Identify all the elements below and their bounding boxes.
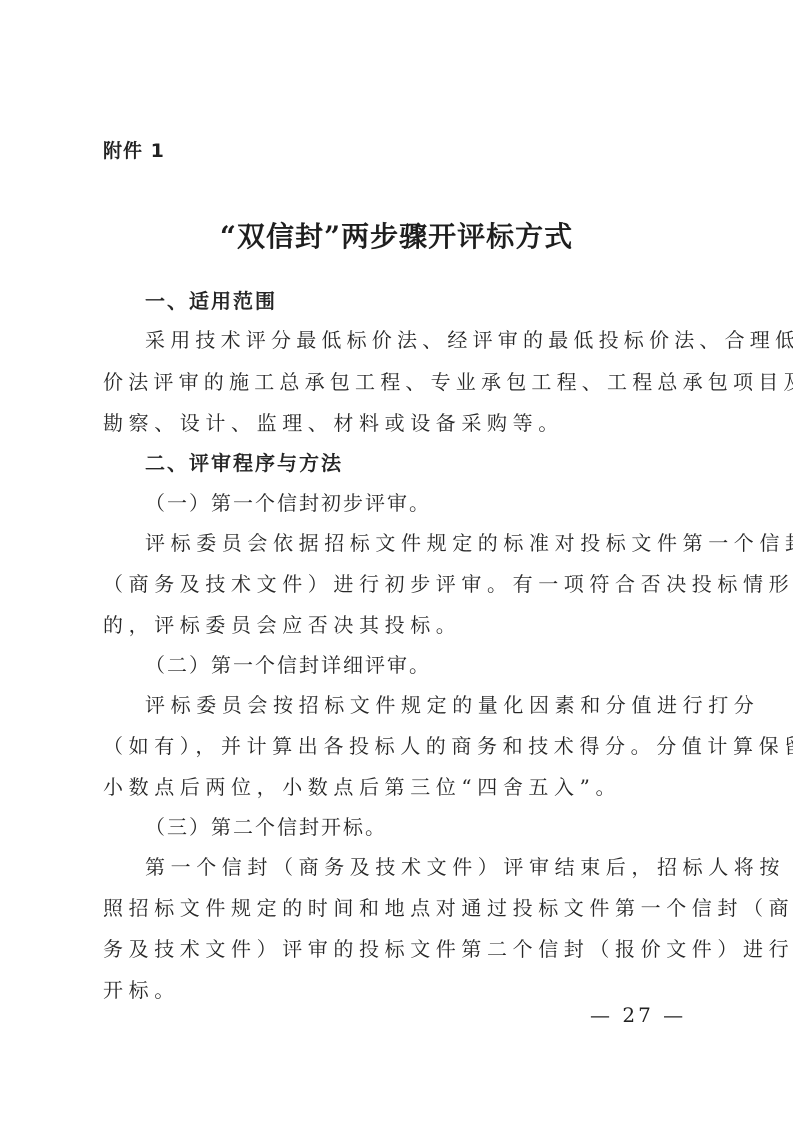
paragraph-line: 评标委员会按招标文件规定的量化因素和分值进行打分 <box>145 689 735 718</box>
paragraph-line: 开标。 <box>103 974 693 1003</box>
paragraph-line: 务及技术文件）评审的投标文件第二个信封（报价文件）进行 <box>103 933 693 962</box>
paragraph-line: 价法评审的施工总承包工程、专业承包工程、工程总承包项目及 <box>103 366 693 395</box>
paragraph-line: 小数点后两位，小数点后第三位“四舍五入”。 <box>103 771 693 800</box>
paragraph-line: 照招标文件规定的时间和地点对通过投标文件第一个信封（商 <box>103 892 693 921</box>
document-title: “双信封”两步骤开评标方式 <box>0 215 793 255</box>
paragraph-line: 的，评标委员会应否决其投标。 <box>103 609 693 638</box>
paragraph-line: 第一个信封（商务及技术文件）评审结束后，招标人将按 <box>145 851 735 880</box>
paragraph-line: （如有），并计算出各投标人的商务和技术得分。分值计算保留 <box>103 730 693 759</box>
paragraph-line: 评标委员会依据招标文件规定的标准对投标文件第一个信封 <box>145 527 735 556</box>
subsection-heading-3: （三）第二个信封开标。 <box>145 811 735 840</box>
paragraph-line: （商务及技术文件）进行初步评审。有一项符合否决投标情形 <box>103 568 693 597</box>
subsection-heading-1: （一）第一个信封初步评审。 <box>145 487 735 516</box>
section-heading-scope: 一、适用范围 <box>145 285 735 314</box>
paragraph-line: 采用技术评分最低标价法、经评审的最低投标价法、合理低 <box>145 324 735 353</box>
attachment-label: 附件 1 <box>103 136 165 163</box>
document-page: 附件 1 “双信封”两步骤开评标方式 一、适用范围 采用技术评分最低标价法、经评… <box>0 0 793 1122</box>
paragraph-line: 勘察、设计、监理、材料或设备采购等。 <box>103 407 693 436</box>
section-heading-procedure: 二、评审程序与方法 <box>145 447 735 476</box>
subsection-heading-2: （二）第一个信封详细评审。 <box>145 649 735 678</box>
page-number: — 27 — <box>590 1003 686 1027</box>
